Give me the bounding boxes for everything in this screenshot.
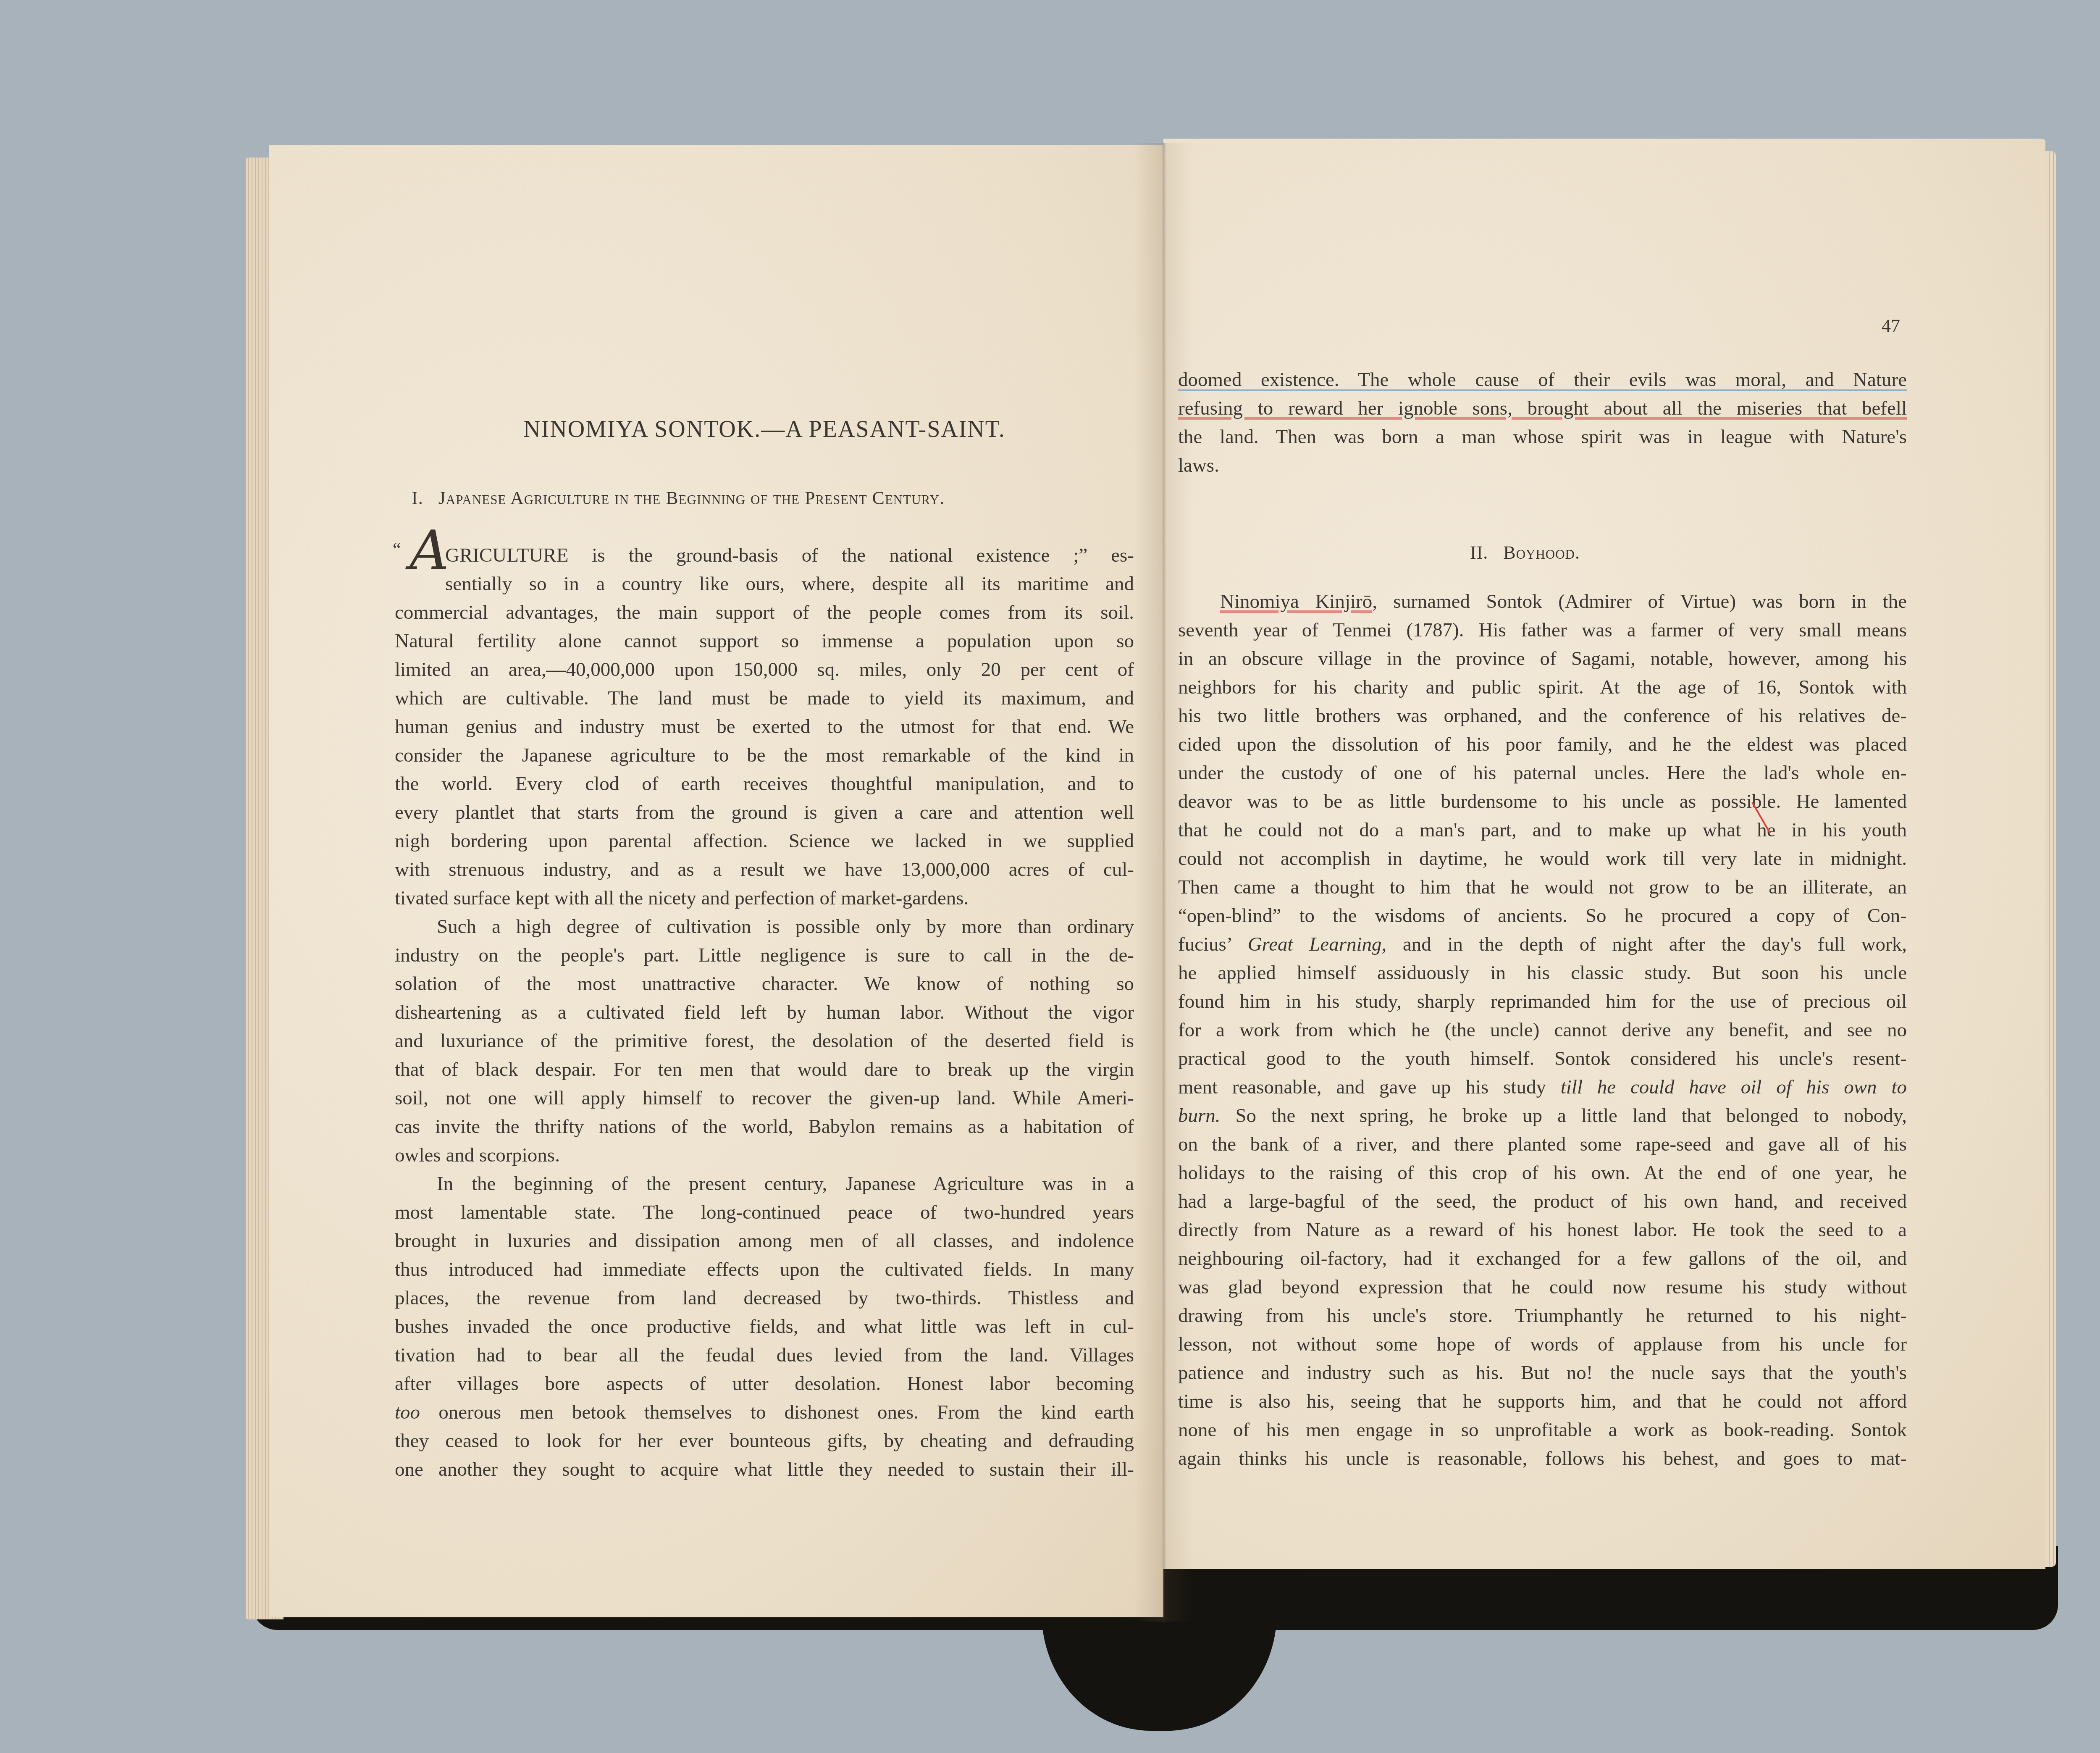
text-line: solation of the most unattractive charac… — [395, 970, 1134, 998]
text-line: on the bank of a river, and there plante… — [1178, 1130, 1907, 1159]
text-line: laws. — [1178, 451, 1907, 480]
text-line: one another they sought to acquire what … — [395, 1455, 1134, 1484]
text-line: they ceased to look for her ever bounteo… — [395, 1427, 1134, 1455]
page-number: 47 — [1882, 315, 1900, 336]
text-line: with strenuous industry, and as a result… — [395, 855, 1134, 884]
text-line: holidays to the raising of this crop of … — [1178, 1159, 1907, 1187]
text-line: in an obscure village in the province of… — [1178, 644, 1907, 673]
text-line: thus introduced had immediate effects up… — [395, 1255, 1134, 1284]
text-line: and luxuriance of the primitive forest, … — [395, 1027, 1134, 1055]
text-line: bushes invaded the once productive field… — [395, 1312, 1134, 1341]
text-line: consider the Japanese agriculture to be … — [395, 741, 1134, 770]
text-line: seventh year of Tenmei (1787). His fathe… — [1178, 616, 1907, 644]
ornamental-drop-cap: A — [409, 523, 449, 578]
text-line: neighbors for his charity and public spi… — [1178, 673, 1907, 702]
text-line: for a work from which he (the uncle) can… — [1178, 1016, 1907, 1044]
text-line: GRICULTURE is the ground-basis of the na… — [445, 541, 1134, 570]
book-title: Great Learning, — [1248, 933, 1387, 955]
section-heading-1: I. Japanese Agriculture in the Beginning… — [412, 487, 945, 509]
text-line: Then came a thought to him that he would… — [1178, 873, 1907, 901]
text-line: nigh bordering upon parental affection. … — [395, 827, 1134, 855]
text-line: commercial advantages, the main support … — [395, 598, 1134, 627]
text-line: tivation had to bear all the feudal dues… — [395, 1341, 1134, 1369]
text-line: “open-blind” to the wisdoms of ancients.… — [1178, 901, 1907, 930]
text-line: Natural fertility alone cannot support s… — [395, 627, 1134, 655]
text-line: every plantlet that starts from the grou… — [395, 798, 1134, 827]
text-line: had a large-bagful of the seed, the prod… — [1178, 1187, 1907, 1216]
text-line: In the beginning of the present century,… — [395, 1170, 1134, 1198]
text-line: ment reasonable, and gave up his study t… — [1178, 1073, 1907, 1101]
text-line: lesson, not without some hope of words o… — [1178, 1330, 1907, 1359]
text-line: time is also his, seeing that he support… — [1178, 1387, 1907, 1416]
text-line: neighbouring oil-factory, had it exchang… — [1178, 1244, 1907, 1273]
section-title: Boyhood. — [1503, 542, 1580, 563]
text-line: that he could not do a man's part, and t… — [1178, 816, 1907, 844]
text-line: doomed existence. The whole cause of the… — [1178, 365, 1907, 394]
text-line: deavor was to be as little burdensome to… — [1178, 787, 1907, 816]
right-intro-text: doomed existence. The whole cause of the… — [1178, 365, 1907, 480]
text-line: Ninomiya Kinjirō, surnamed Sontok (Admir… — [1178, 587, 1907, 616]
italic-phrase: till he could have oil of his own to — [1561, 1076, 1907, 1098]
text-line: cided upon the dissolution of his poor f… — [1178, 730, 1907, 759]
text-line: industry on the people's part. Little ne… — [395, 941, 1134, 970]
chapter-title: NINOMIYA SONTOK.—A PEASANT-SAINT. — [395, 416, 1134, 443]
text-line: after villages bore aspects of utter des… — [395, 1369, 1134, 1398]
text-line: practical good to the youth himself. Son… — [1178, 1044, 1907, 1073]
text-line: tivated surface kept with all the nicety… — [395, 884, 1134, 912]
text-line: drawing from his uncle's store. Triumpha… — [1178, 1301, 1907, 1330]
italic-word: too — [395, 1401, 420, 1423]
text-line: most lamentable state. The long-continue… — [395, 1198, 1134, 1227]
right-body-text: Ninomiya Kinjirō, surnamed Sontok (Admir… — [1178, 587, 1907, 1473]
text-line: places, the revenue from land decreased … — [395, 1284, 1134, 1312]
underlined-name: Ninomiya Kinjirō — [1220, 591, 1372, 612]
text-line: sentially so in a country like ours, whe… — [445, 570, 1134, 598]
text-line: the world. Every clod of earth receives … — [395, 770, 1134, 798]
text-line: could not accomplish in daytime, he woul… — [1178, 844, 1907, 873]
text-line: patience and industry such as his. But n… — [1178, 1359, 1907, 1387]
text-line: again thinks his uncle is reasonable, fo… — [1178, 1444, 1907, 1473]
section-heading-2: II. Boyhood. — [1470, 542, 1580, 563]
section-number: I. — [412, 488, 423, 508]
text-line: fucius’ Great Learning, and in the depth… — [1178, 930, 1907, 959]
text-line: refusing to reward her ignoble sons, bro… — [1178, 394, 1907, 423]
text-line: human genius and industry must be exerte… — [395, 712, 1134, 741]
section-number: II. — [1470, 542, 1488, 563]
opening-quote: “ — [393, 539, 401, 560]
text-line: limited an area,—40,000,000 upon 150,000… — [395, 655, 1134, 684]
text-line: soil, not one will apply himself to reco… — [395, 1084, 1134, 1112]
text-line: which are cultivable. The land must be m… — [395, 684, 1134, 712]
left-body-text: commercial advantages, the main support … — [395, 598, 1134, 1484]
text-line: he applied himself assiduously in his cl… — [1178, 959, 1907, 987]
text-line: cas invite the thrifty nations of the wo… — [395, 1112, 1134, 1141]
text-line: the land. Then was born a man whose spir… — [1178, 423, 1907, 451]
text-line: found him in his study, sharply repriman… — [1178, 987, 1907, 1016]
text-line: brought in luxuries and dissipation amon… — [395, 1227, 1134, 1255]
text-line: directly from Nature as a reward of his … — [1178, 1216, 1907, 1244]
text-line: none of his men engage in so unprofitabl… — [1178, 1416, 1907, 1444]
text-line: Such a high degree of cultivation is pos… — [395, 912, 1134, 941]
text-line: under the custody of one of his paternal… — [1178, 759, 1907, 787]
text-line: too onerous men betook themselves to dis… — [395, 1398, 1134, 1427]
text-line: that of black despair. For ten men that … — [395, 1055, 1134, 1084]
text-line: was glad beyond expression that he could… — [1178, 1273, 1907, 1301]
text-line: owles and scorpions. — [395, 1141, 1134, 1170]
text-line: his two little brothers was orphaned, an… — [1178, 702, 1907, 730]
text-line: burn. So the next spring, he broke up a … — [1178, 1101, 1907, 1130]
section-title: Japanese Agriculture in the Beginning of… — [438, 488, 945, 508]
text-line: disheartening as a cultivated field left… — [395, 998, 1134, 1027]
